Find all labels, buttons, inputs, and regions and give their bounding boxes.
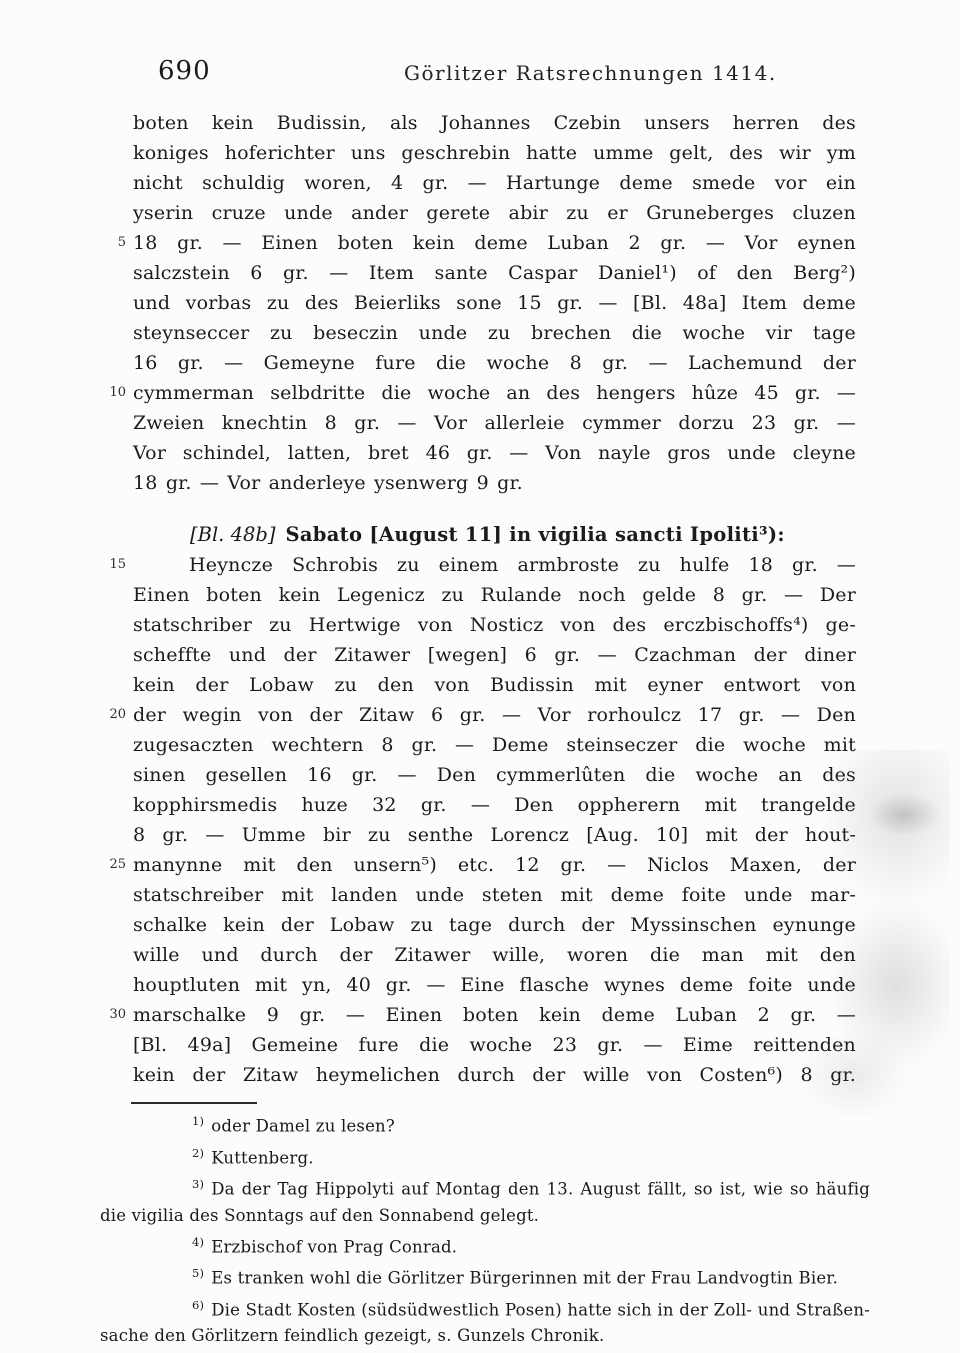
text-line: houptluten mit yn, 40 gr. — Eine flasche… (133, 970, 856, 1000)
text-line: Zweien knechtin 8 gr. — Vor allerleie cy… (133, 408, 856, 438)
scan-smudge (870, 795, 940, 835)
text-line: der wegin von der Zitaw 6 gr. — Vor rorh… (133, 700, 856, 730)
footnote-6-line-1: 6)Die Stadt Kosten (südsüdwestlich Posen… (100, 1292, 870, 1324)
footnote-text: Kuttenberg. (211, 1148, 313, 1167)
text-line: cymmerman selbdritte die woche an des he… (133, 378, 856, 408)
scanned-book-page: 690 Görlitzer Ratsrechnungen 1414. 5 10 … (0, 0, 960, 1353)
footnote-3-line-1: 3)Da der Tag Hippolyti auf Montag den 13… (100, 1171, 870, 1203)
line-number-5: 5 (100, 228, 126, 258)
text-line: und vorbas zu des Beierliks sone 15 gr. … (133, 288, 856, 318)
text-line: salczstein 6 gr. — Item sante Caspar Dan… (133, 258, 856, 288)
footnote-text: Die Stadt Kosten (südsüdwestlich Posen) … (211, 1300, 870, 1319)
footnote-text: sache den Görlitzern feindlich gezeigt, … (100, 1326, 604, 1345)
text-line: manynne mit den unsern⁵) etc. 12 gr. — N… (133, 850, 856, 880)
footnote-4: 4)Erzbischof von Prag Conrad. (100, 1229, 870, 1261)
text-line: Heyncze Schrobis zu einem armbroste zu h… (133, 550, 856, 580)
folio-reference: [Bl. 48b] (190, 523, 275, 546)
text-line: steynseccer zu beseczin unde zu brechen … (133, 318, 856, 348)
footnotes: 1)oder Damel zu lesen? 2)Kuttenberg. 3)D… (100, 1108, 870, 1349)
footnote-3-line-2: die vigilia des Sonntags auf den Sonnabe… (100, 1203, 870, 1229)
footnote-marker: 5) (192, 1266, 204, 1280)
footnote-marker: 6) (192, 1298, 204, 1312)
text-line: kopphirsmedis huze 32 gr. — Den oppherer… (133, 790, 856, 820)
text-line: yserin cruze unde ander gerete abir zu e… (133, 198, 856, 228)
text-line: koniges hoferichter uns geschrebin hatte… (133, 138, 856, 168)
text-line: 18 gr. — Einen boten kein deme Luban 2 g… (133, 228, 856, 258)
footnote-text: die vigilia des Sonntags auf den Sonnabe… (100, 1206, 539, 1225)
running-title: Görlitzer Ratsrechnungen 1414. (404, 61, 777, 85)
line-number-10: 10 (100, 378, 126, 408)
line-number-30: 30 (100, 1000, 126, 1030)
footnote-2: 2)Kuttenberg. (100, 1140, 870, 1172)
text-line: 8 gr. — Umme bir zu senthe Lorencz [Aug.… (133, 820, 856, 850)
paragraph-entries-2: Heyncze Schrobis zu einem armbroste zu h… (133, 550, 856, 1090)
text-line: sinen gesellen 16 gr. — Den cymmerlûten … (133, 760, 856, 790)
text-line: marschalke 9 gr. — Einen boten kein deme… (133, 1000, 856, 1030)
text-line: 16 gr. — Gemeyne fure die woche 8 gr. — … (133, 348, 856, 378)
paragraph-entries-1: boten kein Budissin, als Johannes Czebin… (133, 108, 856, 498)
footnote-text: Es tranken wohl die Görlitzer Bürgerinne… (211, 1269, 838, 1288)
footnote-5: 5)Es tranken wohl die Görlitzer Bürgerin… (100, 1260, 870, 1292)
footnote-marker: 1) (192, 1114, 204, 1128)
text-line: scheffte und der Zitawer [wegen] 6 gr. —… (133, 640, 856, 670)
footnote-text: Da der Tag Hippolyti auf Montag den 13. … (211, 1180, 870, 1199)
running-head: 690 Görlitzer Ratsrechnungen 1414. (0, 56, 960, 90)
text-line: 18 gr. — Vor anderleye ysenwerg 9 gr. (133, 468, 856, 498)
footnote-marker: 3) (192, 1177, 204, 1191)
text-line: kein der Zitaw heymelichen durch der wil… (133, 1060, 856, 1090)
text-line: nicht schuldig woren, 4 gr. — Hartunge d… (133, 168, 856, 198)
text-line: boten kein Budissin, als Johannes Czebin… (133, 108, 856, 138)
footnote-separator-rule (131, 1102, 257, 1104)
text-line: [Bl. 49a] Gemeine fure die woche 23 gr. … (133, 1030, 856, 1060)
text-line: Vor schindel, latten, bret 46 gr. — Von … (133, 438, 856, 468)
line-number-20: 20 (100, 700, 126, 730)
footnote-1: 1)oder Damel zu lesen? (100, 1108, 870, 1140)
line-number-15: 15 (100, 550, 126, 580)
line-number-25: 25 (100, 850, 126, 880)
footnote-marker: 4) (192, 1235, 204, 1249)
text-line: Einen boten kein Legenicz zu Rulande noc… (133, 580, 856, 610)
text-line: kein der Lobaw zu den von Budissin mit e… (133, 670, 856, 700)
page-number: 690 (158, 56, 211, 86)
text-line: statschreiber mit landen unde steten mit… (133, 880, 856, 910)
footnote-6-line-2: sache den Görlitzern feindlich gezeigt, … (100, 1323, 870, 1349)
text-line: schalke kein der Lobaw zu tage durch der… (133, 910, 856, 940)
entry-heading-text: Sabato [August 11] in vigilia sancti Ipo… (285, 523, 784, 546)
text-line: zugesaczten wechtern 8 gr. — Deme steins… (133, 730, 856, 760)
footnote-text: oder Damel zu lesen? (211, 1117, 395, 1136)
text-line: wille und durch der Zitawer wille, woren… (133, 940, 856, 970)
entry-heading: [Bl. 48b]Sabato [August 11] in vigilia s… (133, 520, 913, 550)
footnote-text: Erzbischof von Prag Conrad. (211, 1237, 457, 1256)
footnote-marker: 2) (192, 1146, 204, 1160)
text-line: statschriber zu Hertwige von Nosticz von… (133, 610, 856, 640)
